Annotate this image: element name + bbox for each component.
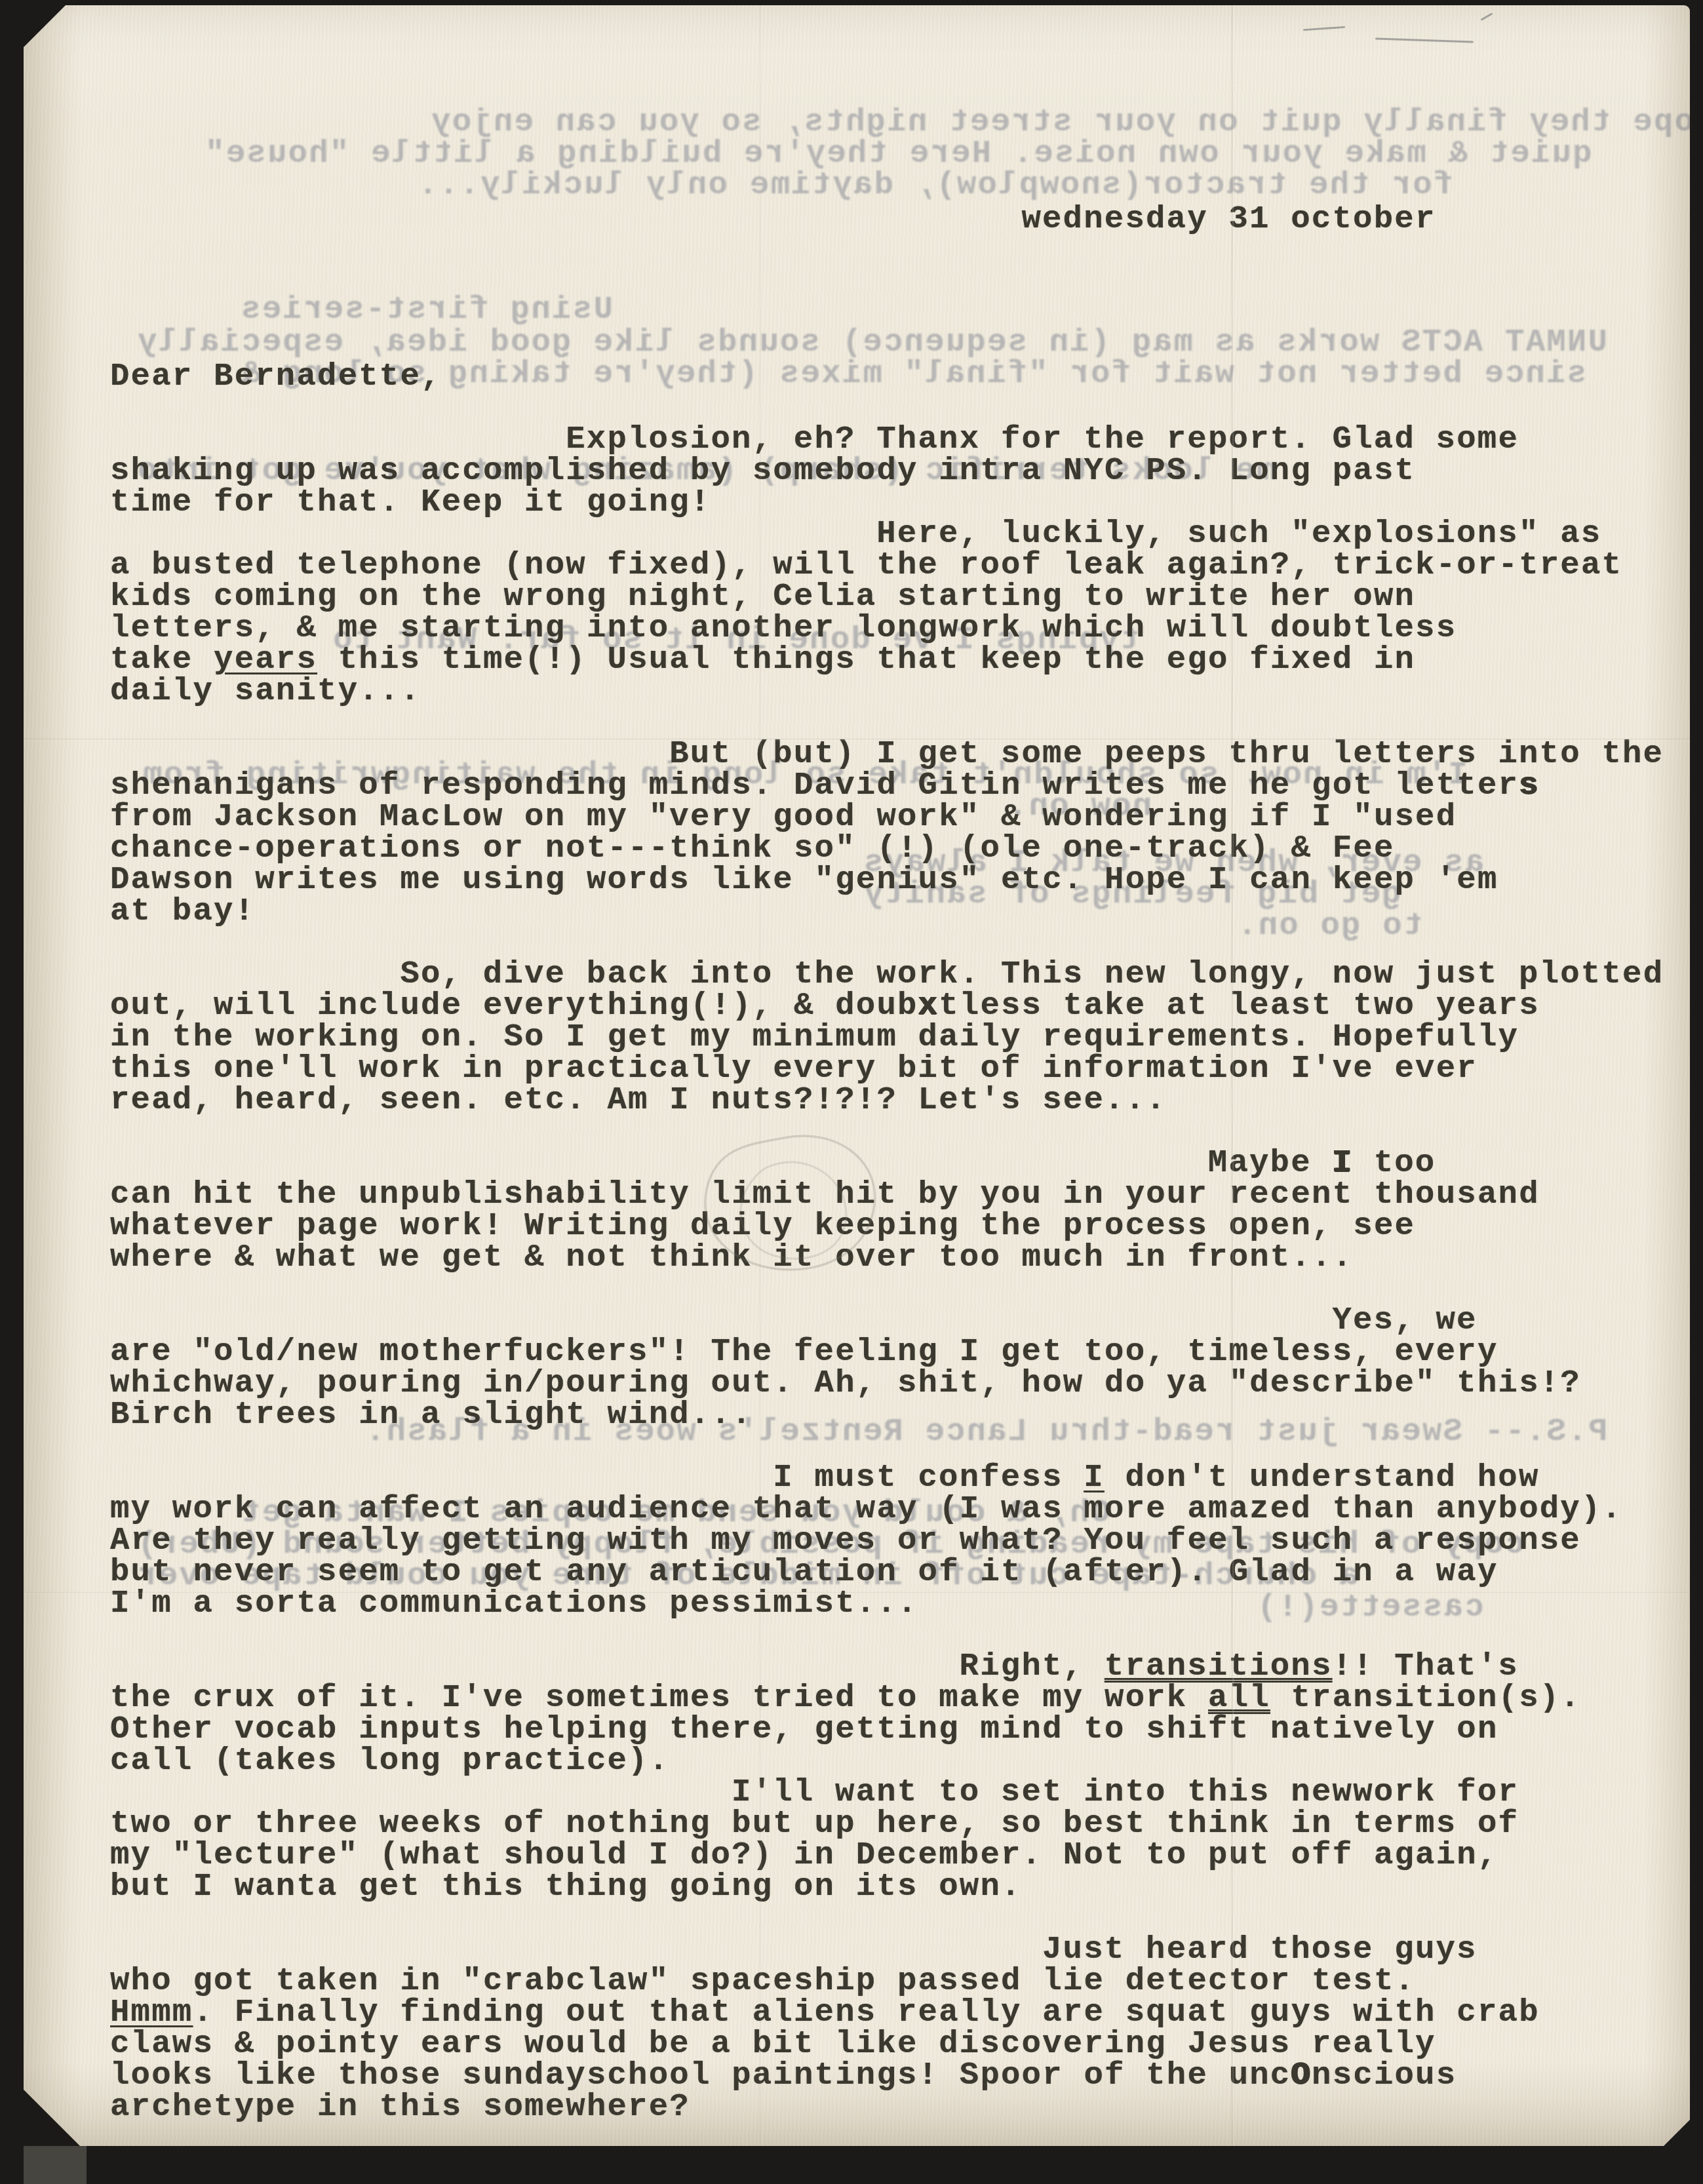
typed-line: whatever page work! Writing daily keepin… (110, 1210, 1690, 1241)
typed-line: Yes, we (110, 1304, 1690, 1336)
typed-line: letters, & me starting into another long… (110, 612, 1690, 644)
typed-text: I'm a sorta communications pessimist... (110, 1585, 918, 1622)
typed-line (110, 298, 1690, 329)
typed-line: call (takes long practice). (110, 1745, 1690, 1776)
typed-line: my "lecture" (what should I do?) in Dece… (110, 1839, 1690, 1871)
typed-line (110, 329, 1690, 361)
date-line: wednesday 31 october (110, 203, 1690, 235)
typed-text: nscious (1312, 2057, 1457, 2094)
typed-line: chance-operations or not---think so" (!)… (110, 832, 1690, 864)
typed-line: this one'll work in practically every bi… (110, 1053, 1690, 1084)
typed-line: Explosion, eh? Thanx for the report. Gla… (110, 423, 1690, 455)
typed-line: shaking up was accomplished by somebody … (110, 455, 1690, 486)
typed-text: but I wanta get this thing going on its … (110, 1868, 1022, 1905)
typed-line: where & what we get & not think it over … (110, 1241, 1690, 1273)
typed-line: my work can affect an audience that way … (110, 1493, 1690, 1525)
typed-line: So, dive back into the work. This new lo… (110, 958, 1690, 990)
typed-line: are "old/new motherfuckers"! The feeling… (110, 1336, 1690, 1367)
typed-line: Birch trees in a slight wind... (110, 1399, 1690, 1430)
typed-line: Maybe I too (110, 1147, 1690, 1179)
typed-line: Just heard those guys (110, 1934, 1690, 1965)
typed-line: kids coming on the wrong night, Celia st… (110, 581, 1690, 612)
typed-line: claws & pointy ears would be a bit like … (110, 2028, 1690, 2059)
typed-line: daily sanity... (110, 675, 1690, 707)
scan-corner-bottomright (1664, 2120, 1690, 2146)
typed-line: Right, transitions!! That's (110, 1650, 1690, 1682)
typed-text: call (takes long practice). (110, 1742, 669, 1779)
typed-line: but never seem to get any articulation o… (110, 1556, 1690, 1588)
fold-crease-horizontal (24, 738, 1690, 741)
fold-crease-vertical-faint (759, 5, 762, 2146)
typed-line: shenanigans of responding minds. David G… (110, 770, 1690, 801)
typed-line (110, 1116, 1690, 1147)
typed-line: but I wanta get this thing going on its … (110, 1871, 1690, 1902)
typed-text: daily sanity... (110, 673, 421, 709)
typed-line (110, 1430, 1690, 1462)
typed-line: Are they really getting with my moves or… (110, 1525, 1690, 1556)
typed-line: the crux of it. I've sometimes tried to … (110, 1682, 1690, 1713)
typed-line: Dawson writes me using words like "geniu… (110, 864, 1690, 895)
typed-text: read, heard, seen. etc. Am I nuts?!?!? L… (110, 1082, 1167, 1118)
typed-line: Here, luckily, such "explosions" as (110, 518, 1690, 549)
typed-line (110, 1619, 1690, 1650)
typed-text: Dawson writes me using words like "geniu… (110, 861, 1498, 898)
typed-line: looks like those sundayschool paintings!… (110, 2059, 1690, 2091)
typed-line: who got taken in "crabclaw" spaceship pa… (110, 1965, 1690, 1997)
scan-corner-bottomleft (24, 2090, 80, 2146)
typed-line (110, 927, 1690, 958)
typed-line: I must confess I don't understand how (110, 1462, 1690, 1493)
typed-line (110, 266, 1690, 298)
typed-line: in the working on. So I get my minimum d… (110, 1021, 1690, 1053)
typed-line: But (but) I get some peeps thru letters … (110, 738, 1690, 770)
letter-paper: Hope they finally quit on your street ni… (24, 5, 1690, 2146)
typed-line: archetype in this somewhere? (110, 2091, 1690, 2122)
scan-corner-topleft (24, 5, 66, 47)
typed-line (110, 392, 1690, 423)
typed-line: two or three weeks of nothing but up her… (110, 1808, 1690, 1839)
overstruck-char: s (1519, 767, 1540, 804)
letter-body: wednesday 31 octoberDear Bernadette,Expl… (110, 203, 1690, 2122)
fold-crease-horizontal-faint (24, 1591, 1690, 1595)
fold-crease-vertical (1231, 5, 1234, 2146)
typed-line: out, will include everything(!), & doubx… (110, 990, 1690, 1021)
typed-text: this time(!) Usual things that keep the … (317, 641, 1415, 678)
typed-line: Hmmm. Finally finding out that aliens re… (110, 1997, 1690, 2028)
typed-text: at bay! (110, 893, 255, 929)
pencil-doodle (679, 1120, 895, 1283)
typed-line (110, 1273, 1690, 1304)
typed-line (110, 235, 1690, 266)
typed-text: time for that. Keep it going! (110, 484, 711, 520)
typed-line: take years this time(!) Usual things tha… (110, 644, 1690, 675)
bleedthrough-line: for the tractor(snowplow), daytime only … (417, 166, 1453, 203)
typed-line: can hit the unpublishability limit hit b… (110, 1179, 1690, 1210)
typed-text: archetype in this somewhere? (110, 2088, 690, 2125)
typed-line: at bay! (110, 895, 1690, 927)
typed-line: read, heard, seen. etc. Am I nuts?!?!? L… (110, 1084, 1690, 1116)
typed-line: whichway, pouring in/pouring out. Ah, sh… (110, 1367, 1690, 1399)
typed-line: a busted telephone (now fixed), will the… (110, 549, 1690, 581)
typed-text: wednesday 31 october (1021, 201, 1436, 237)
typed-line (110, 1902, 1690, 1934)
overstruck-char: O (1291, 2057, 1312, 2094)
scanner-bed-patch (24, 2146, 87, 2184)
typed-line: Other vocab inputs helping there, gettin… (110, 1713, 1690, 1745)
typed-line: time for that. Keep it going! (110, 486, 1690, 518)
salutation: Dear Bernadette, (110, 361, 1690, 392)
typed-line: from Jackson MacLow on my "very good wor… (110, 801, 1690, 832)
typed-text: Dear Bernadette, (110, 358, 442, 395)
typed-line (110, 707, 1690, 738)
typed-text: Birch trees in a slight wind... (110, 1396, 753, 1433)
typed-line: I'll want to set into this newwork for (110, 1776, 1690, 1808)
